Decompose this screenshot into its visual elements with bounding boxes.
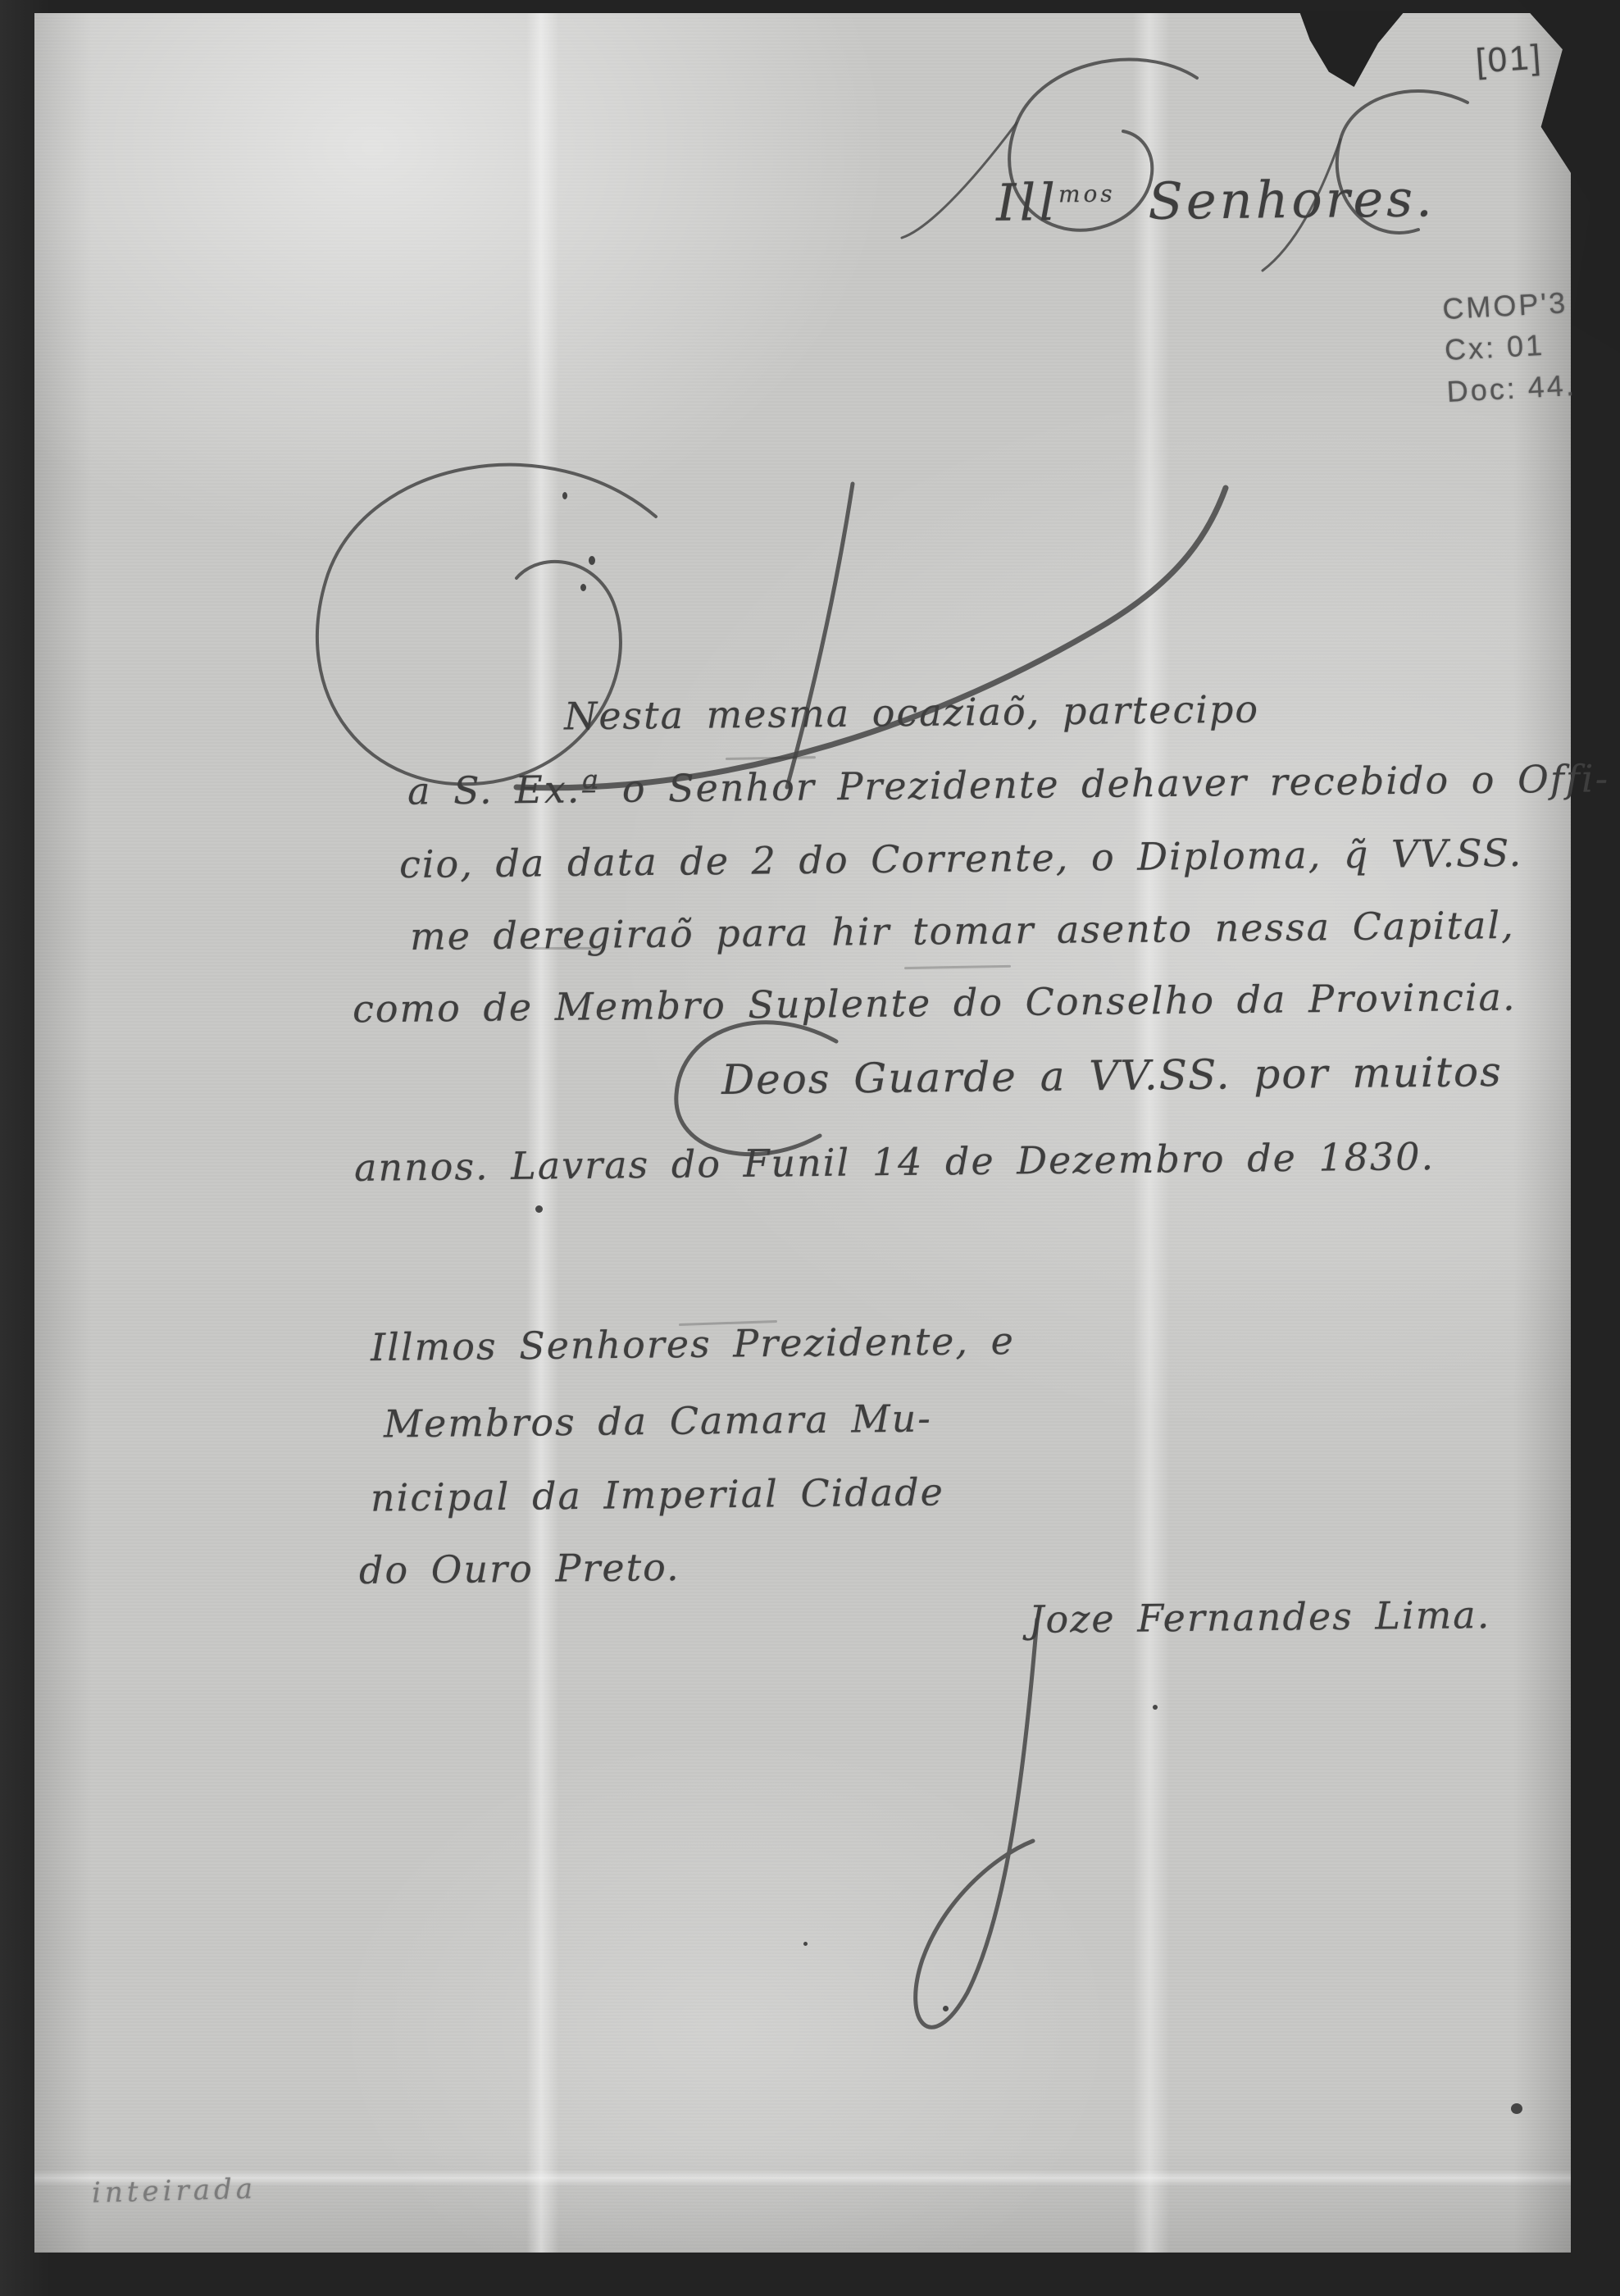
salutation-abbr: Ill	[996, 172, 1059, 233]
salutation-rest: Senhores.	[1115, 168, 1436, 231]
ink-speck	[589, 556, 595, 565]
address-line-1: Illmos Senhores Prezidente, e	[371, 1319, 1015, 1369]
ink-speck	[1153, 1705, 1158, 1710]
valediction: Deos Guarde a VV.SS. por muitos	[721, 1048, 1503, 1104]
ink-speck	[943, 2006, 949, 2011]
signature: Joze Fernandes Lima.	[1029, 1592, 1491, 1642]
archival-box: Cx: 01	[1444, 323, 1575, 371]
salutation: Illmos Senhores.	[996, 168, 1436, 233]
ink-speck	[1511, 2103, 1522, 2114]
archival-stamp: CMOP'3 Cx: 01 Doc: 44.	[1441, 282, 1577, 412]
folio-number: [01]	[1474, 37, 1544, 81]
ink-speck	[803, 1942, 808, 1946]
address-line-4: do Ouro Preto.	[359, 1545, 680, 1592]
address-line-3: nicipal da Imperial Cidade	[371, 1469, 944, 1519]
address-line-2: Membros da Camara Mu-	[384, 1396, 932, 1446]
ink-speck	[580, 584, 586, 591]
pencil-stroke	[531, 947, 601, 950]
body-line-1: Nesta mesma ocaziaõ, partecipo	[564, 687, 1260, 739]
archival-doc: Doc: 44.	[1445, 365, 1577, 413]
marginal-note: inteirada	[92, 2172, 257, 2209]
salutation-superscript: mos	[1058, 180, 1116, 208]
ink-speck	[562, 492, 567, 499]
archival-collection: CMOP'3	[1441, 282, 1572, 330]
ink-speck	[535, 1205, 543, 1213]
paper-sheet	[34, 13, 1571, 2253]
document-scan: [01] CMOP'3 Cx: 01 Doc: 44. Illmos Senho…	[0, 0, 1620, 2296]
